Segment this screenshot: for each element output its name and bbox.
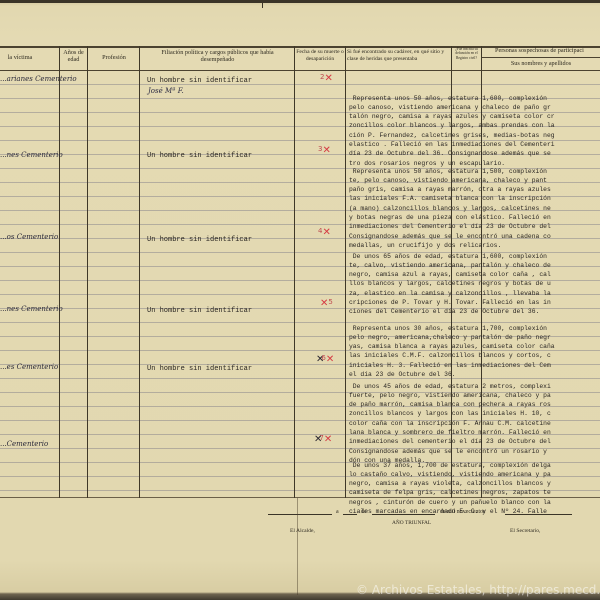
- black-red-cross-mark: ✕7✕: [314, 434, 332, 445]
- header-profesion: Profesión: [89, 54, 139, 61]
- secretario-label: El Secretario,: [510, 528, 540, 534]
- year-label: AÑO TRIUNFAL: [392, 520, 431, 526]
- date-blank-month: [372, 514, 435, 515]
- victim-name: ...os Cementerio: [0, 233, 58, 241]
- red-cross-mark: 4✕: [318, 227, 331, 238]
- page-fold-mark: [262, 0, 263, 8]
- victims-register-table: la víctima Años de edad Profesión Filiac…: [0, 46, 600, 498]
- red-cross-mark: ✕5: [320, 298, 333, 309]
- sub-header-divider: [482, 57, 600, 58]
- archive-watermark: © Archivos Estatales, http://pares.mecd.…: [356, 583, 600, 597]
- filiacion-value: Un hombre sin identificar: [147, 236, 252, 244]
- column-divider: [294, 46, 295, 498]
- victim-name: ...es Cementerio: [0, 363, 58, 371]
- victim-name: ...arianes Cementerio: [0, 75, 77, 83]
- footer-mil-novecientos: de mil novecientos: [440, 509, 485, 515]
- column-divider: [59, 46, 60, 498]
- header-sospechosas: Personas sospechosas de participaci: [495, 47, 600, 54]
- date-blank-day: [343, 514, 357, 515]
- victim-name: ...nes Cementerio: [0, 305, 63, 313]
- footer-a: a: [336, 509, 339, 515]
- column-divider: [345, 46, 346, 498]
- victim-name: ...nes Cementerio: [0, 151, 63, 159]
- date-blank-year: [505, 514, 572, 515]
- filiacion-value: Un hombre sin identificar: [147, 307, 252, 315]
- alcalde-label: El Alcalde,: [290, 528, 315, 534]
- header-bottom-border: [0, 70, 600, 71]
- red-cross-mark: 3✕: [318, 145, 331, 156]
- black-red-cross-mark: ✕6✕: [316, 354, 334, 365]
- header-edad: Años de edad: [61, 49, 86, 63]
- column-divider: [87, 46, 88, 498]
- red-cross-mark: 2✕: [320, 73, 333, 84]
- column-divider: [139, 46, 140, 498]
- page-top-edge: [0, 0, 600, 3]
- cadaver-description: De unos 37 años, 1,700 de estatura, comp…: [349, 442, 600, 535]
- header-fecha: Fecha de su muerte o desaparición: [294, 49, 346, 63]
- header-registro: ¿Fué inscrita su defunción en el Registr…: [453, 47, 480, 60]
- document-page: la víctima Años de edad Profesión Filiac…: [0, 0, 600, 600]
- filiacion-value: Un hombre sin identificar: [147, 152, 252, 160]
- handwritten-annotation: José Mª F.: [148, 87, 184, 95]
- header-cadaver: Si fué encontrado su cadáver, en qué sit…: [347, 49, 451, 63]
- victim-name: ...Cementerio: [0, 440, 48, 448]
- header-filiacion: Filiación política y cargos públicos que…: [150, 49, 285, 63]
- filiacion-value: Un hombre sin identificar: [147, 77, 252, 85]
- filiacion-value: Un hombre sin identificar: [147, 365, 252, 373]
- header-sospechosas-sub: Sus nombres y apellidos: [482, 60, 600, 67]
- header-victima: la víctima: [0, 54, 40, 61]
- date-blank-place: [268, 514, 332, 515]
- page-crease: [297, 498, 298, 595]
- footer-de: de: [361, 509, 367, 515]
